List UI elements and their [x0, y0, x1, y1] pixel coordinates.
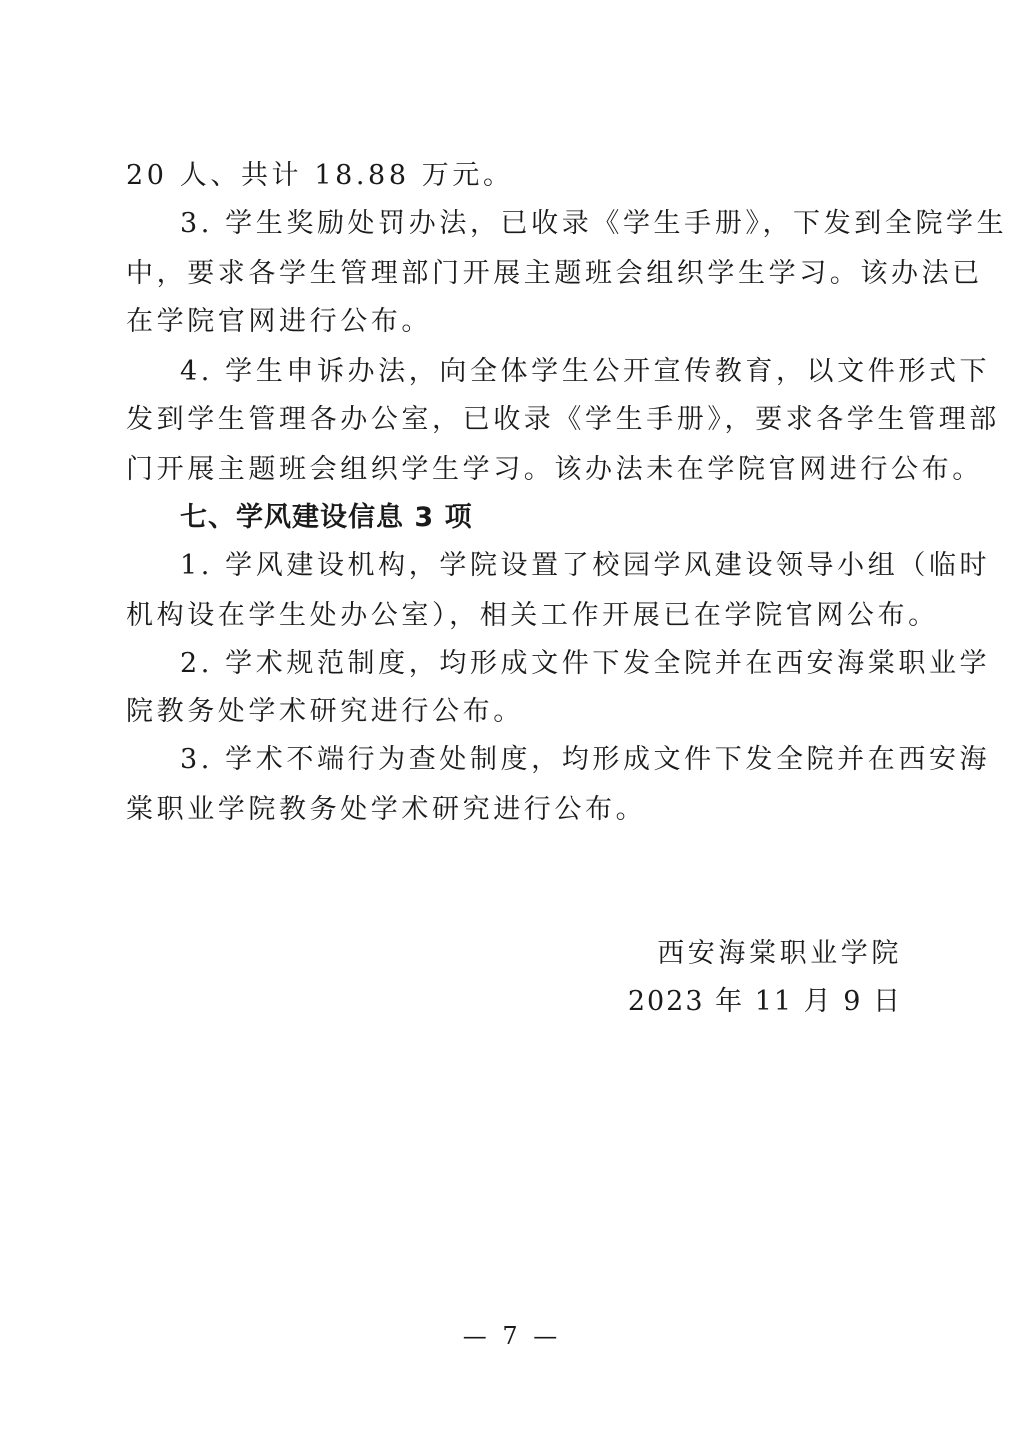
document-page: 20 人、共计 18.88 万元。 3. 学生奖励处罚办法，已收录《学生手册》，… [0, 0, 1024, 1447]
paragraph-line: 门开展主题班会组织学生学习。该办法未在学院官网进行公布。 [126, 450, 906, 490]
paragraph-line: 2. 学术规范制度，均形成文件下发全院并在西安海棠职业学 [180, 644, 906, 684]
paragraph-line: 3. 学术不端行为查处制度，均形成文件下发全院并在西安海 [180, 740, 906, 780]
page-number: — 7 — [0, 1322, 1024, 1350]
section-heading: 七、学风建设信息 3 项 [180, 498, 906, 538]
paragraph-line: 1. 学风建设机构，学院设置了校园学风建设领导小组（临时 [180, 546, 906, 586]
signature-organization: 西安海棠职业学院 [657, 934, 902, 974]
paragraph-line: 棠职业学院教务处学术研究进行公布。 [126, 790, 906, 830]
signature-date: 2023 年 11 月 9 日 [628, 982, 902, 1022]
paragraph-line: 发到学生管理各办公室，已收录《学生手册》，要求各学生管理部 [126, 400, 906, 440]
paragraph-line: 院教务处学术研究进行公布。 [126, 692, 906, 732]
paragraph-line: 在学院官网进行公布。 [126, 302, 906, 342]
paragraph-line: 4. 学生申诉办法，向全体学生公开宣传教育，以文件形式下 [180, 352, 906, 392]
paragraph-line: 3. 学生奖励处罚办法，已收录《学生手册》，下发到全院学生 [180, 204, 906, 244]
paragraph-line: 机构设在学生处办公室），相关工作开展已在学院官网公布。 [126, 596, 906, 636]
paragraph-line: 中，要求各学生管理部门开展主题班会组织学生学习。该办法已 [126, 254, 906, 294]
paragraph-line: 20 人、共计 18.88 万元。 [126, 156, 906, 196]
